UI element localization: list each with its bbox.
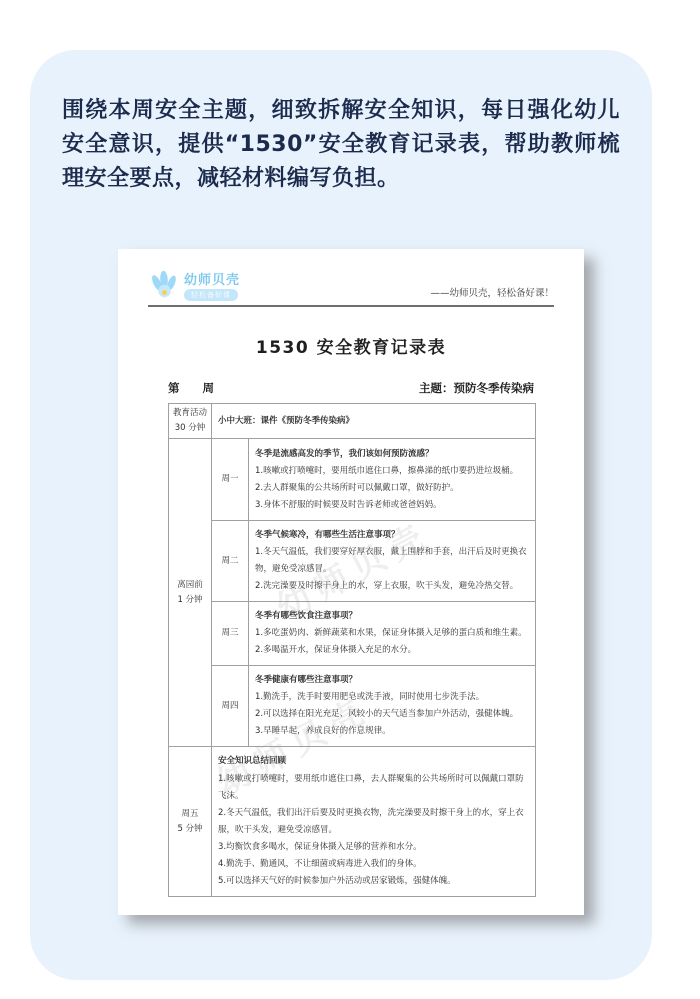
list-item-line: 2.可以选择在阳光充足、风较小的天气适当参加户外活动，强健体魄。 xyxy=(255,706,527,723)
content-card: 围绕本周安全主题，细致拆解安全知识，每日强化幼儿安全意识，提供“1530”安全教… xyxy=(30,50,652,980)
friday-items: 1.咳嗽或打喷嚏时，要用纸巾遮住口鼻，去人群聚集的公共场所时可以佩戴口罩防飞沫。… xyxy=(218,771,527,890)
day-heading: 冬季气候寒冷，有哪些生活注意事项？ xyxy=(255,527,527,544)
list-item-line: 1.咳嗽或打喷嚏时，要用纸巾遮住口鼻，去人群聚集的公共场所时可以佩戴口罩防飞沫。 xyxy=(218,771,527,805)
brand-logo: 幼师贝壳 轻松备好课 xyxy=(148,269,240,301)
day-content-cell: 冬季健康有哪些注意事项？ 1.勤洗手，洗手时要用肥皂或洗手液，同时使用七步洗手法… xyxy=(249,666,536,747)
activity-duration-cell: 教育活动 30 分钟 xyxy=(169,404,212,439)
day-content-cell: 冬季有哪些饮食注意事项？ 1.多吃蛋奶肉、新鲜蔬菜和水果，保证身体摄入足够的蛋白… xyxy=(249,602,536,666)
document-header: 幼师贝壳 轻松备好课 ——幼师贝壳，轻松备好课！ xyxy=(118,249,584,305)
document-title: 1530 安全教育记录表 xyxy=(118,333,584,358)
list-item-line: 4.勤洗手、勤通风，不让细菌或病毒进入我们的身体。 xyxy=(218,856,527,873)
meta-row: 第 周 主题：预防冬季传染病 xyxy=(168,380,534,396)
day-items: 1.冬天气温低，我们要穿好厚衣服，戴上围脖和手套，出汗后及时更换衣物，避免受凉感… xyxy=(255,544,527,595)
table-row-monday: 离园前 1 分钟 周一 冬季是流感高发的季节，我们该如何预防流感？ 1.咳嗽或打… xyxy=(169,439,536,521)
list-item-line: 5.可以选择天气好的时候参加户外活动或居家锻炼，强健体魄。 xyxy=(218,873,527,890)
friday-duration-cell: 周五 5 分钟 xyxy=(169,747,212,897)
list-item-line: 3.身体不舒服的时候要及时告诉老师或爸爸妈妈。 xyxy=(255,497,527,514)
day-content-cell: 冬季气候寒冷，有哪些生活注意事项？ 1.冬天气温低，我们要穿好厚衣服，戴上围脖和… xyxy=(249,521,536,602)
list-item-line: 1.多吃蛋奶肉、新鲜蔬菜和水果，保证身体摄入足够的蛋白质和维生素。 xyxy=(255,625,527,642)
day-heading: 冬季健康有哪些注意事项？ xyxy=(255,672,527,689)
brand-tagline: ——幼师贝壳，轻松备好课！ xyxy=(430,285,554,299)
table-row-tuesday: 周二 冬季气候寒冷，有哪些生活注意事项？ 1.冬天气温低，我们要穿好厚衣服，戴上… xyxy=(169,521,536,602)
shell-hand-logo-icon xyxy=(148,269,180,301)
activity-content-cell: 小中大班：课件《预防冬季传染病》 xyxy=(212,404,536,439)
day-label: 周一 xyxy=(212,439,249,521)
day-label: 周三 xyxy=(212,602,249,666)
brand-badge: 轻松备好课 xyxy=(184,289,238,301)
list-item-line: 3.均衡饮食多喝水，保证身体摄入足够的营养和水分。 xyxy=(218,839,527,856)
friday-content-cell: 安全知识总结回顾 1.咳嗽或打喷嚏时，要用纸巾遮住口鼻，去人群聚集的公共场所时可… xyxy=(212,747,536,897)
day-label: 周二 xyxy=(212,521,249,602)
theme-label: 主题：预防冬季传染病 xyxy=(419,380,534,396)
week-blank-label: 第 周 xyxy=(168,380,214,396)
day-heading: 冬季是流感高发的季节，我们该如何预防流感？ xyxy=(255,446,527,463)
record-table: 教育活动 30 分钟 小中大班：课件《预防冬季传染病》 离园前 1 分钟 周一 … xyxy=(168,403,536,897)
day-items: 1.咳嗽或打喷嚏时，要用纸巾遮住口鼻，擦鼻涕的纸巾要扔进垃圾桶。2.去人群聚集的… xyxy=(255,463,527,514)
list-item-line: 2.多喝温开水，保证身体摄入充足的水分。 xyxy=(255,642,527,659)
day-content-cell: 冬季是流感高发的季节，我们该如何预防流感？ 1.咳嗽或打喷嚏时，要用纸巾遮住口鼻… xyxy=(249,439,536,521)
table-row-thursday: 周四 冬季健康有哪些注意事项？ 1.勤洗手，洗手时要用肥皂或洗手液，同时使用七步… xyxy=(169,666,536,747)
list-item-line: 1.勤洗手，洗手时要用肥皂或洗手液，同时使用七步洗手法。 xyxy=(255,689,527,706)
list-item-line: 1.冬天气温低，我们要穿好厚衣服，戴上围脖和手套，出汗后及时更换衣物，避免受凉感… xyxy=(255,544,527,578)
day-heading: 冬季有哪些饮食注意事项？ xyxy=(255,608,527,625)
day-label: 周四 xyxy=(212,666,249,747)
intro-text: 围绕本周安全主题，细致拆解安全知识，每日强化幼儿安全意识，提供“1530”安全教… xyxy=(62,94,620,196)
table-row-wednesday: 周三 冬季有哪些饮食注意事项？ 1.多吃蛋奶肉、新鲜蔬菜和水果，保证身体摄入足够… xyxy=(169,602,536,666)
day-items: 1.多吃蛋奶肉、新鲜蔬菜和水果，保证身体摄入足够的蛋白质和维生素。2.多喝温开水… xyxy=(255,625,527,659)
list-item-line: 1.咳嗽或打喷嚏时，要用纸巾遮住口鼻，擦鼻涕的纸巾要扔进垃圾桶。 xyxy=(255,463,527,480)
list-item-line: 3.早睡早起，养成良好的作息规律。 xyxy=(255,723,527,740)
table-row-activity: 教育活动 30 分钟 小中大班：课件《预防冬季传染病》 xyxy=(169,404,536,439)
list-item-line: 2.冬天气温低，我们出汗后要及时更换衣物，洗完澡要及时擦干身上的水，穿上衣服，吹… xyxy=(218,805,527,839)
brand-name: 幼师贝壳 xyxy=(184,269,240,288)
friday-heading: 安全知识总结回顾 xyxy=(218,753,527,770)
list-item-line: 2.洗完澡要及时擦干身上的水，穿上衣服，吹干头发，避免冷热交替。 xyxy=(255,578,527,595)
day-items: 1.勤洗手，洗手时要用肥皂或洗手液，同时使用七步洗手法。2.可以选择在阳光充足、… xyxy=(255,689,527,740)
header-divider xyxy=(148,305,554,307)
table-row-friday: 周五 5 分钟 安全知识总结回顾 1.咳嗽或打喷嚏时，要用纸巾遮住口鼻，去人群聚… xyxy=(169,747,536,897)
before-leave-cell: 离园前 1 分钟 xyxy=(169,439,212,747)
list-item-line: 2.去人群聚集的公共场所时可以佩戴口罩，做好防护。 xyxy=(255,480,527,497)
document-paper: 幼师贝壳 幼师贝壳 幼师贝壳 轻松备好课 ——幼师贝壳，轻松备 xyxy=(118,249,584,915)
